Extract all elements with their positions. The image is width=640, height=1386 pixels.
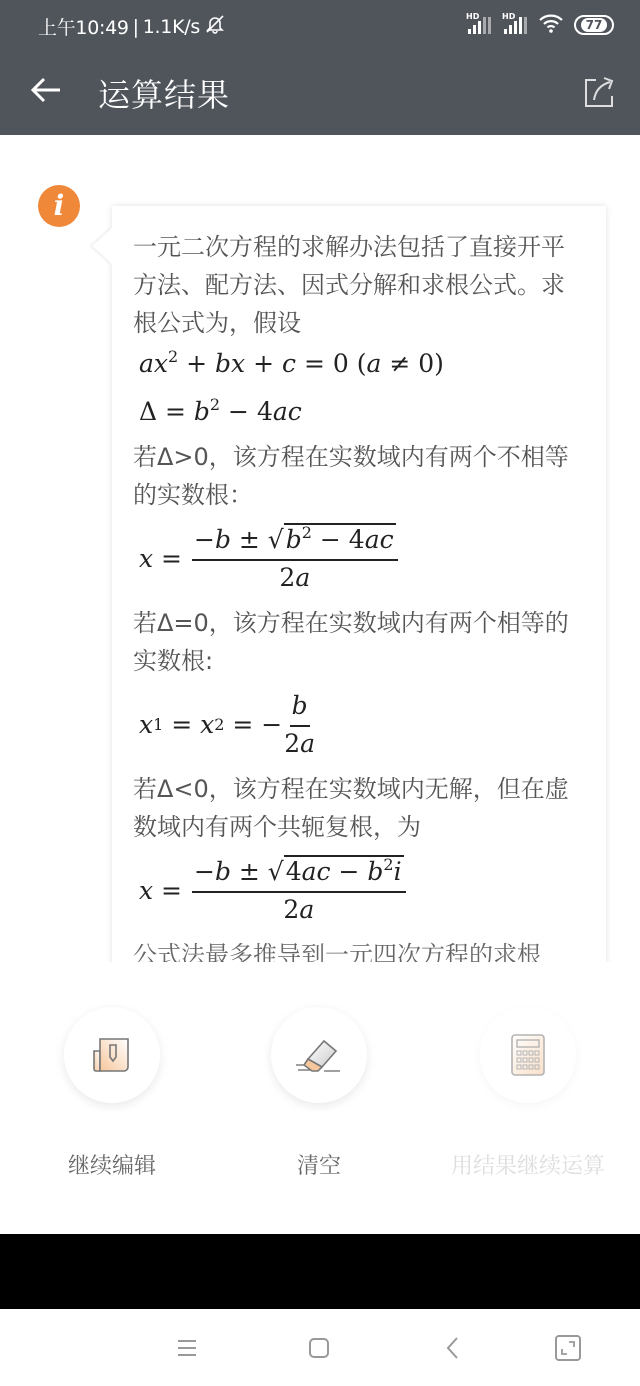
clear-label: 清空 <box>229 1149 409 1180</box>
arrow-left-icon <box>28 70 68 110</box>
case-negative-formula: x = −b ± √4ac − b2i 2a <box>133 846 586 936</box>
case-positive-text: 若Δ>0，该方程在实数域内有两个不相等的实数根： <box>133 438 586 514</box>
screenshot-button[interactable] <box>551 1331 585 1365</box>
calculator-icon <box>510 1033 546 1077</box>
clear-circle[interactable] <box>271 1007 367 1103</box>
menu-icon <box>170 1331 204 1365</box>
eraser-icon <box>294 1035 344 1075</box>
page-title: 运算结果 <box>98 70 230 116</box>
use-result-button[interactable]: 用结果继续运算 <box>438 1007 618 1180</box>
intro-text: 一元二次方程的求解办法包括了直接开平方法、配方法、因式分解和求根公式。求根公式为… <box>133 228 586 342</box>
back-nav-button[interactable] <box>437 1331 471 1365</box>
info-icon: i <box>38 185 80 227</box>
status-right: HD HD 77 <box>466 12 614 38</box>
bottom-toolbar: 继续编辑 清空 <box>0 962 640 1234</box>
home-button[interactable] <box>302 1331 336 1365</box>
card-tail <box>92 228 112 264</box>
clear-button[interactable]: 清空 <box>229 1007 409 1180</box>
back-button[interactable] <box>28 70 68 110</box>
status-left: 上午10:49 | 1.1K/s <box>38 13 226 40</box>
menu-button[interactable] <box>170 1331 204 1365</box>
wifi-icon <box>538 12 564 38</box>
case-positive-formula: x = −b ± √b2 − 4ac 2a <box>133 514 586 604</box>
share-button[interactable] <box>582 74 618 110</box>
share-icon <box>582 74 618 110</box>
continue-edit-button[interactable]: 继续编辑 <box>22 1007 202 1180</box>
status-separator: | <box>133 16 139 38</box>
status-bar: 上午10:49 | 1.1K/s HD HD 77 <box>0 0 640 48</box>
continue-edit-label: 继续编辑 <box>22 1149 202 1180</box>
mute-bell-icon <box>204 14 226 39</box>
edit-document-icon <box>90 1033 134 1077</box>
battery-icon: 77 <box>574 15 614 35</box>
status-net-speed: 1.1K/s <box>143 16 200 38</box>
trailing-text: 公式法最多推导到一元四次方程的求根 <box>133 936 586 962</box>
screenshot-icon <box>551 1331 585 1365</box>
result-content[interactable]: i 一元二次方程的求解办法包括了直接开平方法、配方法、因式分解和求根公式。求根公… <box>0 135 640 962</box>
continue-edit-circle[interactable] <box>64 1007 160 1103</box>
delta-equation: Δ = b2 − 4ac <box>133 386 586 438</box>
black-bar <box>0 1234 640 1309</box>
case-zero-text: 若Δ=0，该方程在实数域内有两个相等的实数根: <box>133 604 586 680</box>
home-icon <box>302 1331 336 1365</box>
battery-level: 77 <box>581 18 608 32</box>
back-icon <box>437 1331 471 1365</box>
status-time: 上午10:49 <box>38 13 129 40</box>
app-bar: 运算结果 <box>0 48 640 135</box>
use-result-circle[interactable] <box>480 1007 576 1103</box>
case-zero-formula: x1 = x2 = − b 2a <box>133 680 586 770</box>
use-result-label: 用结果继续运算 <box>438 1149 618 1180</box>
signal-hd-icon: HD <box>502 14 528 36</box>
general-equation: ax2 + bx + c = 0 (a ≠ 0) <box>133 342 586 386</box>
info-card: 一元二次方程的求解办法包括了直接开平方法、配方法、因式分解和求根公式。求根公式为… <box>112 206 606 962</box>
system-nav-bar <box>0 1309 640 1386</box>
case-negative-text: 若Δ<0，该方程在实数域内无解，但在虚数域内有两个共轭复根，为 <box>133 770 586 846</box>
signal-hd-icon: HD <box>466 14 492 36</box>
